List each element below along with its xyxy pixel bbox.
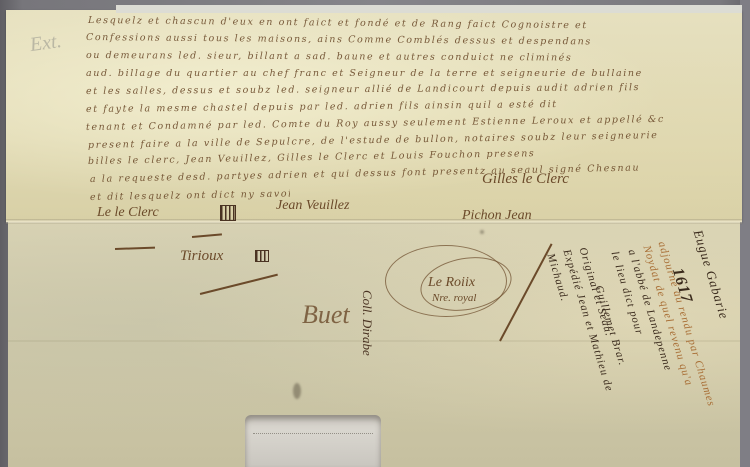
signature-jean-veuillez: Jean Veuillez — [276, 198, 349, 214]
signature-le-roux: Le Roiix — [428, 275, 475, 291]
text-line: aud. billage du quartier au chef franc e… — [86, 68, 643, 79]
faint-signature-bu: Buet — [302, 300, 350, 330]
seal-cloth-tab — [245, 415, 381, 467]
signature-coll: Coll. Dirabe — [359, 290, 375, 356]
signature-notaire-royal: Nre. royal — [432, 292, 476, 304]
signature-gilles-le-clerc: Gilles le Clerc — [482, 171, 569, 188]
notary-mark-icon — [220, 205, 236, 221]
margin-annotation: Ext. — [29, 30, 64, 57]
notary-mark-icon — [255, 250, 269, 262]
endorsement-block: Eugue Gabarie 1617 adjourné au rendu par… — [480, 228, 720, 448]
signature-tirioux: Tirioux — [180, 248, 223, 265]
signature-pichon: Pichon Jean — [462, 208, 532, 224]
ink-stain — [293, 383, 301, 399]
ink-stain — [480, 230, 484, 234]
signature-le-clerc: Le le Clerc — [97, 205, 159, 221]
